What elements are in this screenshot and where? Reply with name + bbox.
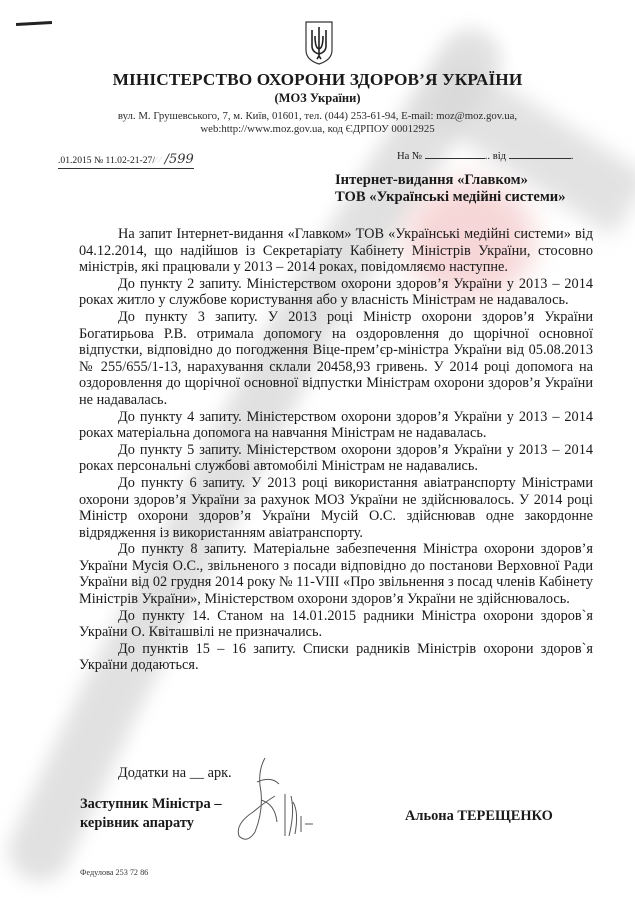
ministry-title: МІНІСТЕРСТВО ОХОРОНИ ЗДОРОВ’Я УКРАЇНИ [0,70,635,90]
reply-from-label: .. від [485,151,506,162]
role-line-2: керівник апарату [80,814,222,833]
paragraph: До пункту 4 запиту. Міністерством охорон… [79,409,593,442]
reply-date-blank [509,158,571,159]
trident-coat-of-arms-icon [304,20,334,66]
recipient-line-1: Інтернет-видання «Главком» [335,172,566,189]
paragraph: До пункту 3 запиту. У 2013 році Міністр … [79,309,593,409]
handwritten-signature-icon [235,752,345,848]
signatory-name: Альона ТЕРЕЩЕНКО [405,808,553,825]
reply-to-label: На № [397,151,422,162]
handwritten-number: /599 [165,152,194,167]
recipient-block: Інтернет-видання «Главком» ТОВ «Українсь… [335,172,566,206]
paragraph: До пункту 2 запиту. Міністерством охорон… [79,276,593,309]
address-line-1: вул. М. Грушевського, 7, м. Київ, 01601,… [0,110,635,123]
paragraph: До пункту 5 запиту. Міністерством охорон… [79,442,593,475]
outgoing-reference: .01.2015 № 11.02-21-27/⁄ ⁄/599 [58,152,194,169]
role-line-1: Заступник Міністра – [80,795,222,814]
paragraph: До пунктів 15 – 16 запиту. Списки радник… [79,641,593,674]
recipient-line-2: ТОВ «Українські медійні системи» [335,189,566,206]
paragraph: На запит Інтернет-видання «Главком» ТОВ … [79,226,593,276]
address-line-2: web:http://www.moz.gov.ua, код ЄДРПОУ 00… [0,123,635,136]
attachments-note: Додатки на __ арк. [118,765,232,782]
signatory-role: Заступник Міністра – керівник апарату [80,795,222,832]
date-and-number: .01.2015 № 11.02-21-27/ [58,155,155,166]
paragraph: До пункту 14. Станом на 14.01.2015 радни… [79,608,593,641]
executor-contact: Федулова 253 72 86 [80,868,148,877]
paragraph: До пункту 8 запиту. Матеріальне забезпеч… [79,541,593,607]
stamp-faint: ⁄ ⁄ [155,155,161,166]
paragraph: До пункту 6 запиту. У 2013 році використ… [79,475,593,541]
letter-body: На запит Інтернет-видання «Главком» ТОВ … [79,226,593,674]
ministry-abbreviation: (МОЗ України) [0,91,635,106]
reply-number-blank [425,158,485,159]
ministry-address: вул. М. Грушевського, 7, м. Київ, 01601,… [0,110,635,136]
incoming-reference: На № .. від . [397,151,573,162]
scan-mark [16,21,52,26]
